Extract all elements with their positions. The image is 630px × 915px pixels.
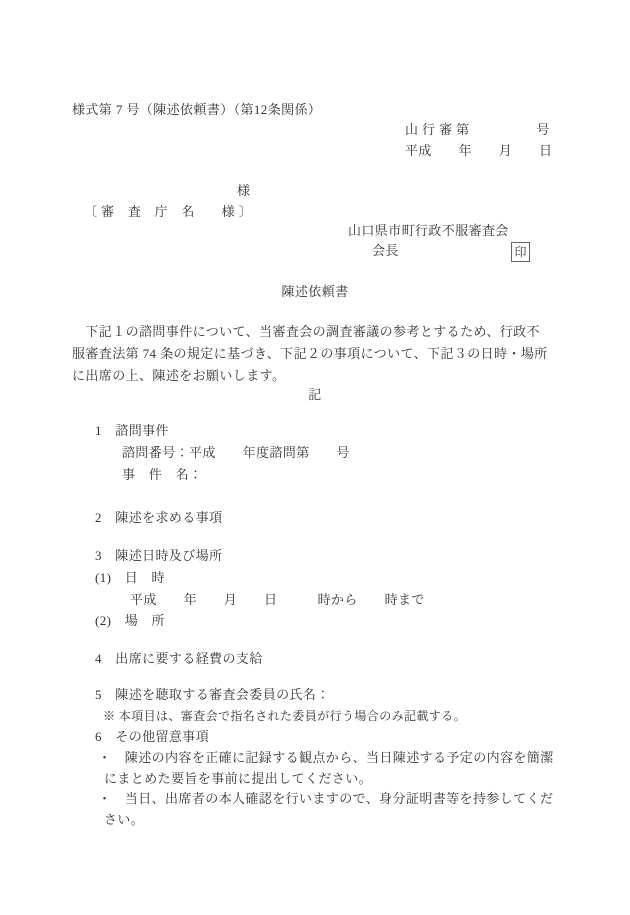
body-paragraph-line-2: 服審査法第 74 条の規定に基づき、下記２の事項について、下記３の日時・場所 <box>72 347 548 362</box>
body-paragraph-line-1: 下記１の諮問事件について、当審査会の調査審議の参考とするため、行政不 <box>72 325 540 340</box>
body-paragraph-line-3: に出席の上、陳述をお願いします。 <box>72 369 285 384</box>
item6-bullet1-line2: にまとめた要旨を事前に提出してください。 <box>104 772 372 787</box>
item3-datetime-line: 平成 年 月 日 時から 時まで <box>130 593 425 608</box>
item1-label: 1 諮問事件 <box>95 424 169 439</box>
seal-stamp-box: 印 <box>511 242 530 262</box>
item1-case-name: 事 件 名： <box>122 468 202 483</box>
item4-label: 4 出席に要する経費の支給 <box>95 652 263 667</box>
item3-sub1-label: (1) 日 時 <box>95 571 165 586</box>
item3-sub2-label: (2) 場 所 <box>95 614 165 629</box>
document-title: 陳述依頼書 <box>0 285 630 300</box>
item3-label: 3 陳述日時及び場所 <box>95 549 223 564</box>
date-line: 平成 年 月 日 <box>405 144 552 159</box>
sender-organization: 山口県市町行政不服審査会 <box>348 224 509 239</box>
item6-bullet2-line2: さい。 <box>104 813 144 828</box>
item2-label: 2 陳述を求める事項 <box>95 511 223 526</box>
item6-bullet1-line1: ・ 陳述の内容を正確に記録する観点から、当日陳述する予定の内容を簡潔 <box>98 751 554 766</box>
record-marker: 記 <box>0 388 630 403</box>
document-page: 様式第 7 号（陳述依頼書）（第12条関係） 山 行 審 第 号 平成 年 月 … <box>0 0 630 915</box>
item5-label: 5 陳述を聴取する審査会委員の氏名： <box>95 688 330 703</box>
sender-title: 会長 <box>372 244 399 259</box>
item1-consultation-number: 諮問番号：平成 年度諮問第 号 <box>122 446 350 461</box>
doc-number-line: 山 行 審 第 号 <box>405 123 550 138</box>
item5-note: ※ 本項目は、審査会で指名された委員が行う場合のみ記載する。 <box>103 710 466 724</box>
addressee-agency-placeholder: 〔 審 査 庁 名 様 〕 <box>84 205 252 220</box>
item6-label: 6 その他留意事項 <box>95 730 209 745</box>
form-number-line: 様式第 7 号（陳述依頼書）（第12条関係） <box>72 103 321 118</box>
item6-bullet2-line1: ・ 当日、出席者の本人確認を行いますので、身分証明書等を持参してくだ <box>98 792 553 807</box>
addressee-honorific: 様 <box>237 184 250 199</box>
